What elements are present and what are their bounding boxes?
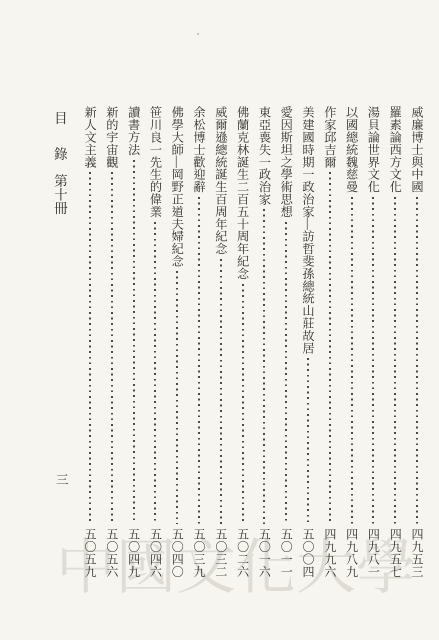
dot-leader <box>127 156 139 529</box>
toc-entry-list: 威廉博士與中國 四九五三 羅素論西方文化 四九五七 湯貝論世界文化 四九八一 以… <box>68 106 423 578</box>
toc-entry-page-number: 五〇五六 <box>106 528 118 578</box>
toc-entry: 新人文主義 五〇五九 <box>84 106 96 578</box>
toc-entry-page-number: 五〇五九 <box>84 528 96 578</box>
toc-entry-title: 威廉博士與中國 <box>411 106 423 193</box>
toc-entry-page-number: 五〇三二 <box>215 528 227 578</box>
toc-entry-page-number: 五〇一六 <box>258 528 270 578</box>
toc-entry-page-number: 五〇二六 <box>236 528 248 578</box>
dot-leader <box>258 205 270 528</box>
scan-artifact-speck <box>197 33 199 35</box>
toc-entry-page-number: 五〇三九 <box>193 528 205 578</box>
toc-entry-title: 東亞喪失一政治家 <box>258 106 270 205</box>
dot-leader <box>302 354 314 528</box>
toc-entry-title: 新人文主義 <box>84 106 96 168</box>
dot-leader <box>345 193 357 529</box>
dot-leader <box>324 168 336 528</box>
toc-entry: 威爾遜總統誕生百周年紀念 五〇三二 <box>215 106 227 578</box>
toc-entry-page-number: 四九八一 <box>367 528 379 578</box>
dot-leader <box>389 193 401 529</box>
toc-header: 目 錄 第十冊 <box>51 111 66 214</box>
toc-entry-title: 愛因斯坦之學術思想 <box>280 106 292 218</box>
dot-leader <box>280 218 292 529</box>
toc-entry-page-number: 五〇〇四 <box>302 528 314 578</box>
scanned-toc-page: 中國文化大學 目 錄 第十冊 三 威廉博士與中國 四九五三 羅素論西方文化 四九… <box>0 0 439 640</box>
folio-page-number: 三 <box>56 474 69 487</box>
toc-entry-title: 余松博士歡迎辭 <box>193 106 205 193</box>
dot-leader <box>84 168 96 528</box>
toc-entry: 以國總統魏慈曼 四九八九 <box>345 106 357 578</box>
dot-leader <box>171 267 183 528</box>
toc-header-char-mu: 目 <box>52 111 67 125</box>
toc-entry-page-number: 四九五七 <box>389 528 401 578</box>
toc-entry: 羅素論西方文化 四九五七 <box>389 106 401 578</box>
toc-entry-page-number: 四九九六 <box>324 528 336 578</box>
toc-entry-title: 讀書方法 <box>127 106 139 156</box>
toc-entry: 湯貝論世界文化 四九八一 <box>367 106 379 578</box>
volume-label: 第十冊 <box>52 174 67 215</box>
toc-entry: 笹川良一先生的偉業 五〇四六 <box>149 106 161 578</box>
toc-entry: 美建國時期一政治家—訪哲斐孫總統山莊故居 五〇〇四 <box>302 106 314 578</box>
toc-entry-page-number: 四九五三 <box>411 528 423 578</box>
toc-entry-title: 新的宇宙觀 <box>106 106 118 168</box>
toc-entry-title: 作家邱吉爾 <box>324 106 336 168</box>
dot-leader <box>215 255 227 529</box>
toc-header-char-lu: 錄 <box>52 147 67 161</box>
toc-entry: 威廉博士與中國 四九五三 <box>411 106 423 578</box>
toc-entry-title: 笹川良一先生的偉業 <box>149 106 161 218</box>
toc-entry-title: 湯貝論世界文化 <box>367 106 379 193</box>
toc-entry-title: 威爾遜總統誕生百周年紀念 <box>215 106 227 255</box>
toc-entry: 東亞喪失一政治家 五〇一六 <box>258 106 270 578</box>
dot-leader <box>411 193 423 529</box>
toc-entry-page-number: 五〇四〇 <box>171 528 183 578</box>
toc-entry-title: 佛蘭克林誕生二百五十周年紀念 <box>236 106 248 280</box>
toc-entry: 余松博士歡迎辭 五〇三九 <box>193 106 205 578</box>
toc-entry: 佛學大師—岡野正道夫婦紀念 五〇四〇 <box>171 106 183 578</box>
toc-entry-title: 羅素論西方文化 <box>389 106 401 193</box>
toc-entry-title: 以國總統魏慈曼 <box>345 106 357 193</box>
dot-leader <box>193 193 205 529</box>
toc-entry-page-number: 五〇四九 <box>127 528 139 578</box>
dot-leader <box>106 168 118 528</box>
dot-leader <box>367 193 379 529</box>
toc-entry-title: 佛學大師—岡野正道夫婦紀念 <box>171 106 183 267</box>
toc-entry: 新的宇宙觀 五〇五六 <box>106 106 118 578</box>
toc-entry: 作家邱吉爾 四九九六 <box>324 106 336 578</box>
dot-leader <box>236 280 248 529</box>
toc-entry: 讀書方法 五〇四九 <box>127 106 139 578</box>
toc-entry: 佛蘭克林誕生二百五十周年紀念 五〇二六 <box>236 106 248 578</box>
toc-entry-page-number: 五〇四六 <box>149 528 161 578</box>
dot-leader <box>149 218 161 529</box>
toc-entry-title: 美建國時期一政治家—訪哲斐孫總統山莊故居 <box>302 106 314 354</box>
toc-entry-page-number: 四九八九 <box>345 528 357 578</box>
toc-entry-page-number: 五〇一一 <box>280 528 292 578</box>
toc-entry: 愛因斯坦之學術思想 五〇一一 <box>280 106 292 578</box>
